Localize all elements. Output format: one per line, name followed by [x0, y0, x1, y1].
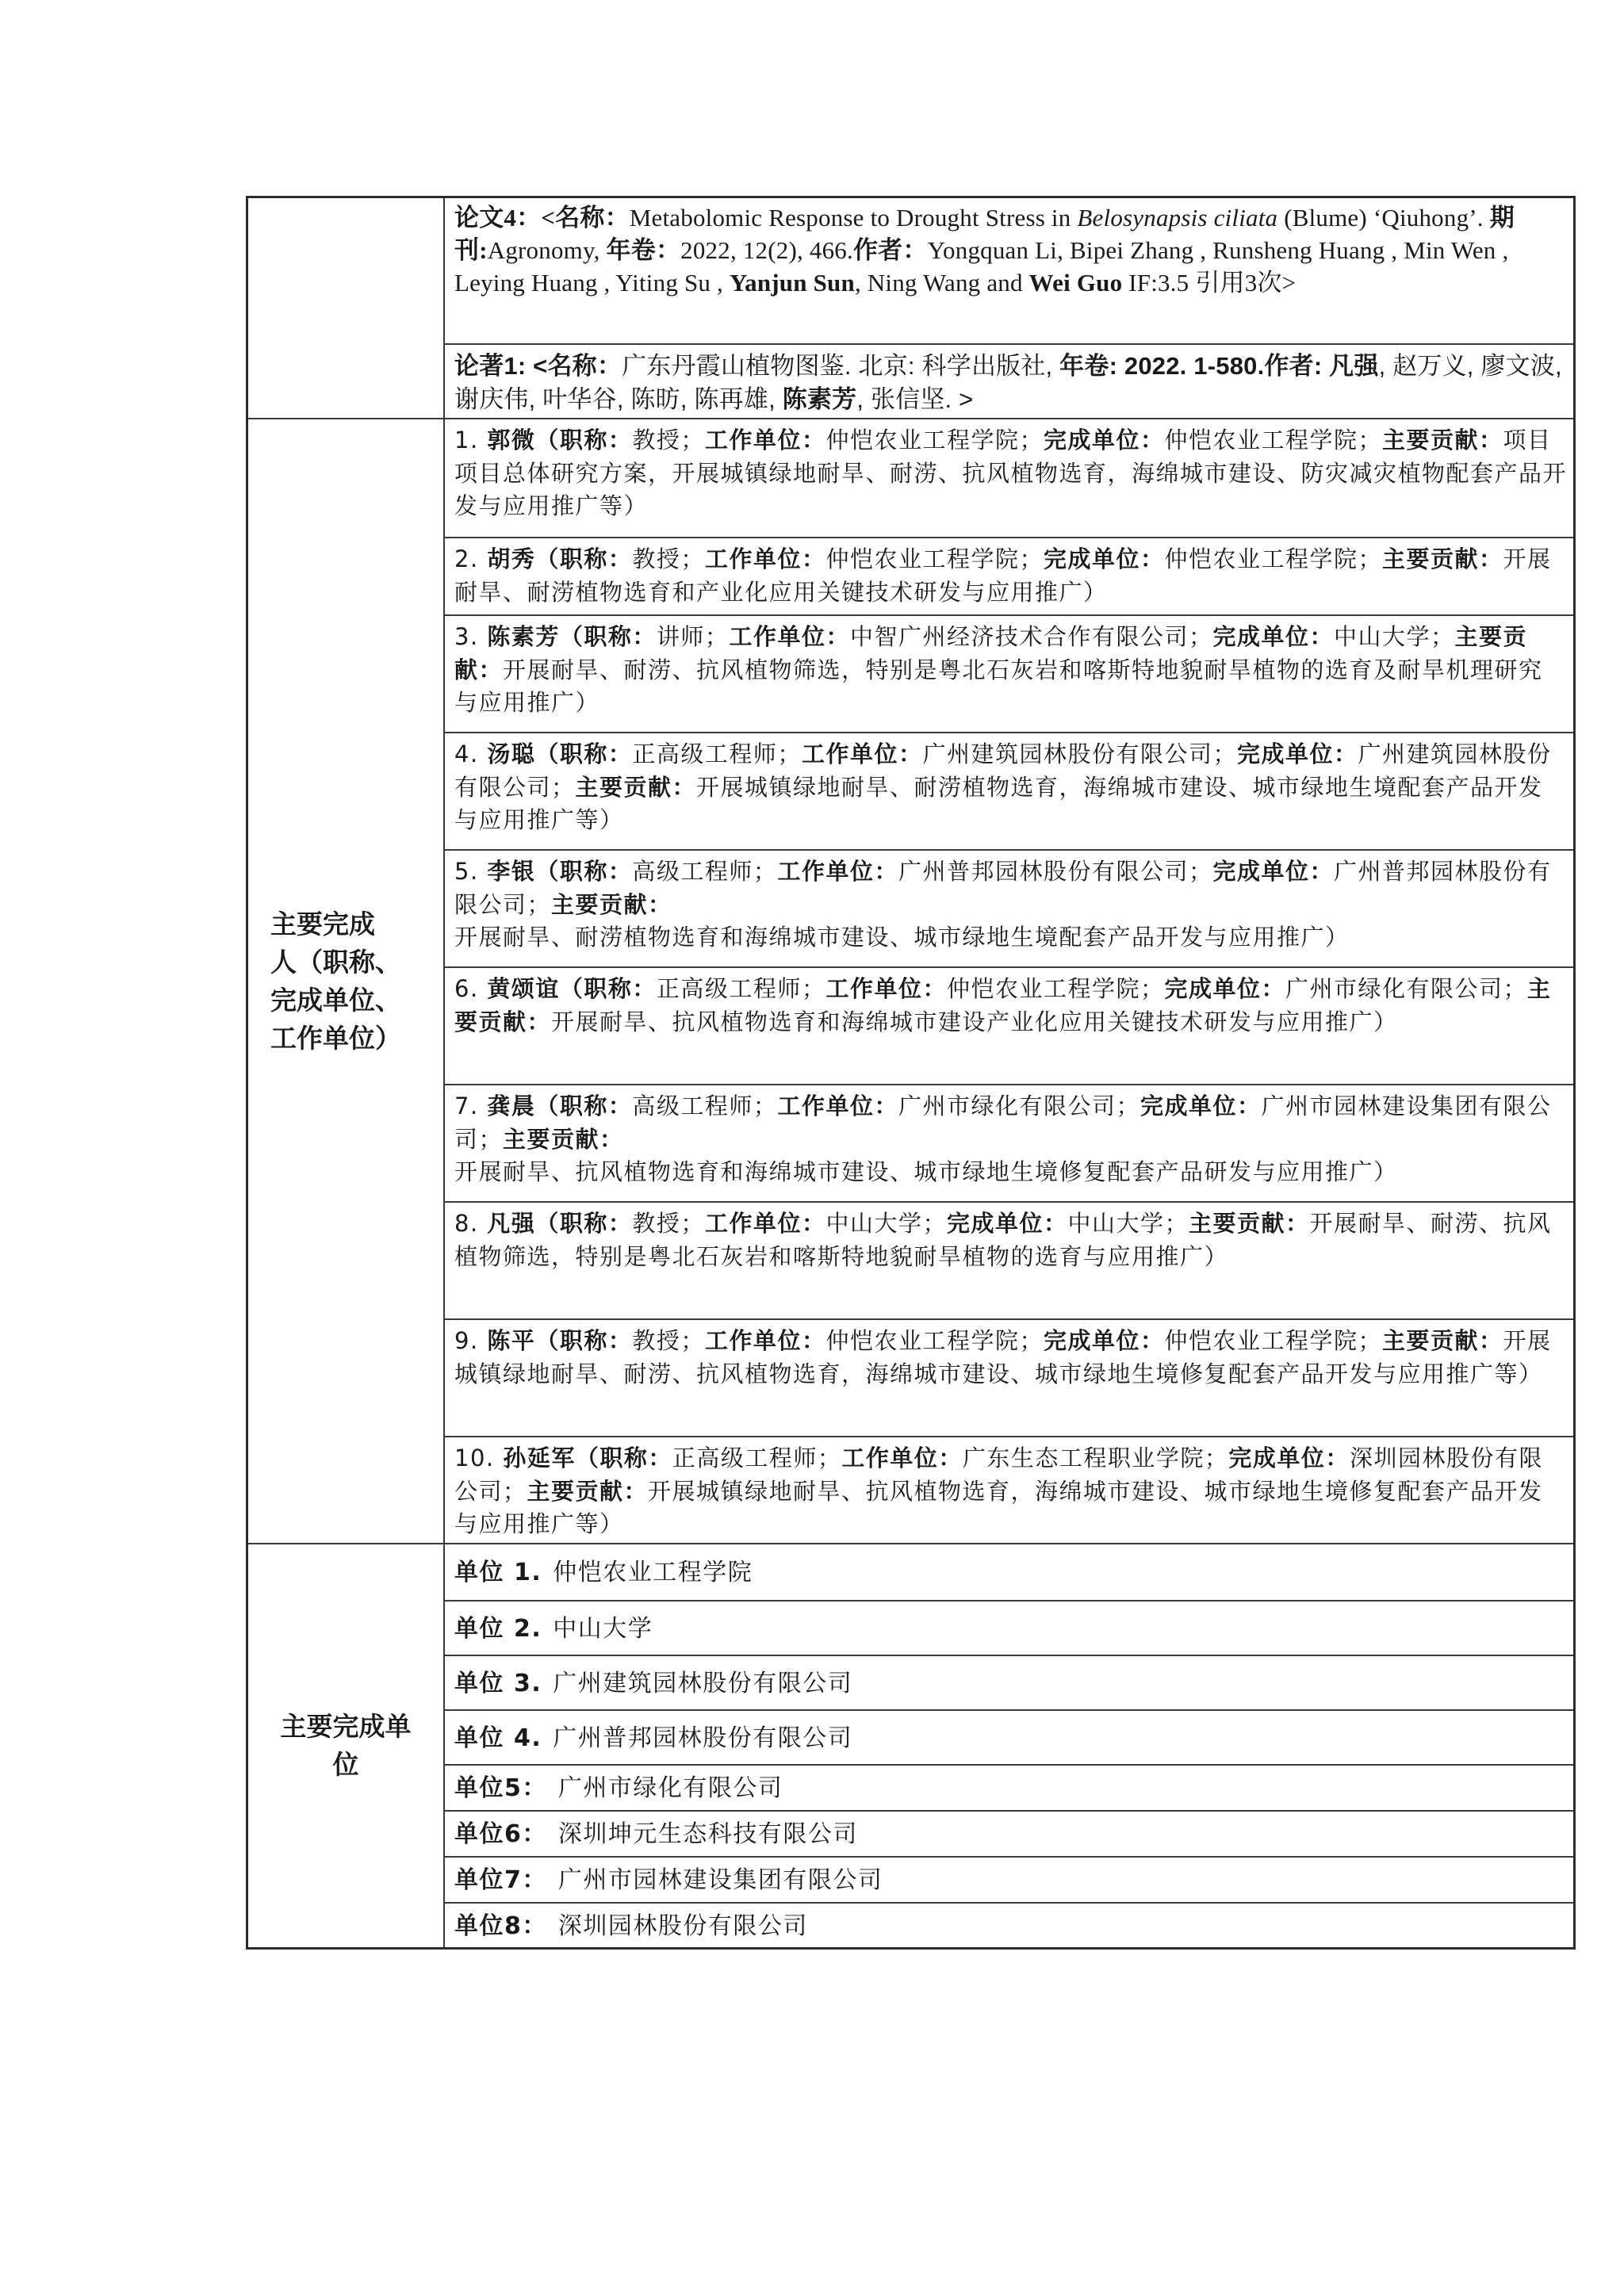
- person-name: 龚晨: [487, 1093, 535, 1119]
- field-label-title: （职称：: [535, 545, 632, 572]
- person-title: 教授；: [632, 545, 705, 572]
- field-label-work-unit: 工作单位：: [841, 1445, 963, 1471]
- person-completion-unit: 仲恺农业工程学院；: [1164, 545, 1382, 572]
- field-label-completion-unit: 完成单位：: [1044, 427, 1165, 453]
- field-label-title: （职称：: [560, 975, 657, 1002]
- person-title: 讲师；: [657, 623, 730, 650]
- person-number: 8.: [454, 1210, 487, 1237]
- person-contribution: 开展耐旱、抗风植物选育和海绵城市建设、城市绿地生境修复配套产品研发与应用推广）: [454, 1158, 1398, 1185]
- person-name: 汤聪: [487, 740, 535, 767]
- monograph-1-entry: 论著1: <名称：广东丹霞山植物图鉴. 北京: 科学出版社, 年卷: 2022.…: [445, 343, 1573, 418]
- highlighted-author: Wei Guo: [1029, 269, 1123, 297]
- persons-section-label: 主要完成 人（职称、 完成单位、 工作单位）: [248, 419, 445, 1543]
- authors-label: 作者:: [1264, 352, 1329, 380]
- person-number: 3.: [454, 623, 487, 650]
- person-number: 6.: [454, 975, 487, 1002]
- person-completion-unit: 仲恺农业工程学院；: [1164, 1327, 1382, 1354]
- person-row: 8. 凡强（职称：教授；工作单位：中山大学；完成单位：中山大学；主要贡献：开展耐…: [445, 1201, 1573, 1318]
- persons-section: 主要完成 人（职称、 完成单位、 工作单位） 1. 郭微（职称：教授；工作单位：…: [248, 418, 1573, 1543]
- publications-label-cell: [248, 198, 445, 418]
- person-number: 4.: [454, 740, 487, 767]
- paper-label: 论文4：<名称：: [454, 204, 630, 232]
- person-completion-unit: 中山大学；: [1067, 1210, 1189, 1237]
- field-label-contribution: 主要贡献：: [503, 1126, 624, 1153]
- unit-name: 广州普邦园林股份有限公司: [553, 1722, 852, 1755]
- person-name: 郭微: [487, 427, 535, 453]
- person-name: 胡秀: [487, 545, 535, 572]
- unit-name: 深圳坤元生态科技有限公司: [558, 1818, 858, 1851]
- field-label-contribution: 主要贡献：: [576, 774, 697, 801]
- monograph-title: 广东丹霞山植物图鉴. 北京: 科学出版社,: [622, 352, 1059, 380]
- label-line: 位: [270, 1746, 421, 1784]
- person-completion-unit: 中山大学；: [1334, 623, 1455, 650]
- field-label-work-unit: 工作单位：: [705, 1327, 826, 1354]
- year-label: 年卷：: [607, 236, 681, 264]
- field-label-work-unit: 工作单位：: [802, 740, 923, 767]
- person-title: 正高级工程师；: [657, 975, 826, 1002]
- field-label-contribution: 主要贡献：: [1382, 1327, 1503, 1354]
- field-label-title: （职称：: [535, 740, 632, 767]
- paper-cultivar: (Blume) ‘Qiuhong’.: [1277, 204, 1489, 232]
- highlighted-author: 凡强: [1329, 352, 1378, 380]
- field-label-title: （职称：: [535, 1093, 632, 1119]
- field-label-completion-unit: 完成单位：: [1228, 1445, 1350, 1471]
- unit-label: 单位 1.: [454, 1556, 542, 1590]
- highlighted-author: Yanjun Sun: [730, 269, 855, 297]
- label-line: 主要完成单: [270, 1708, 421, 1746]
- person-work-unit: 仲恺农业工程学院；: [947, 975, 1165, 1002]
- field-label-work-unit: 工作单位：: [777, 858, 898, 885]
- person-number: 5.: [454, 858, 487, 885]
- unit-row: 单位6：深圳坤元生态科技有限公司: [445, 1810, 1573, 1856]
- person-number: 2.: [454, 545, 487, 572]
- year-volume: 2022. 1-580.: [1124, 352, 1265, 380]
- unit-name: 广州市绿化有限公司: [558, 1772, 783, 1805]
- unit-name: 中山大学: [553, 1613, 653, 1646]
- person-name: 黄颂谊: [487, 975, 560, 1002]
- units-section: 主要完成单 位 单位 1.仲恺农业工程学院单位 2.中山大学单位 3.广州建筑园…: [248, 1543, 1573, 1947]
- field-label-completion-unit: 完成单位：: [1044, 545, 1165, 572]
- field-label-title: （职称：: [535, 427, 632, 453]
- unit-label: 单位5：: [454, 1772, 547, 1805]
- field-label-title: （职称：: [535, 1327, 632, 1354]
- person-work-unit: 中智广州经济技术合作有限公司；: [850, 623, 1213, 650]
- unit-row: 单位8：深圳园林股份有限公司: [445, 1902, 1573, 1947]
- person-title: 高级工程师；: [632, 1093, 777, 1119]
- person-work-unit: 中山大学；: [825, 1210, 947, 1237]
- person-contribution: 开展耐旱、耐涝植物选育和海绵城市建设、城市绿地生境配套产品开发与应用推广）: [454, 924, 1350, 951]
- person-number: 1.: [454, 427, 487, 453]
- field-label-contribution: 主要贡献：: [1189, 1210, 1310, 1237]
- person-name: 李银: [487, 858, 535, 885]
- field-label-completion-unit: 完成单位：: [1237, 740, 1358, 767]
- authors-label: 作者：: [853, 236, 928, 264]
- unit-name: 深圳园林股份有限公司: [558, 1910, 808, 1943]
- person-row: 9. 陈平（职称：教授；工作单位：仲恺农业工程学院；完成单位：仲恺农业工程学院；…: [445, 1318, 1573, 1436]
- person-name: 陈平: [487, 1327, 535, 1354]
- unit-name: 广州市园林建设集团有限公司: [558, 1864, 883, 1897]
- field-label-completion-unit: 完成单位：: [1212, 858, 1334, 885]
- person-row: 5. 李银（职称：高级工程师；工作单位：广州普邦园林股份有限公司；完成单位：广州…: [445, 849, 1573, 966]
- person-name: 凡强: [487, 1210, 535, 1237]
- person-title: 教授；: [632, 1210, 705, 1237]
- label-line: 工作单位）: [270, 1020, 421, 1058]
- unit-row: 单位 3.广州建筑园林股份有限公司: [445, 1655, 1573, 1709]
- unit-row: 单位7：广州市园林建设集团有限公司: [445, 1856, 1573, 1902]
- person-row: 2. 胡秀（职称：教授；工作单位：仲恺农业工程学院；完成单位：仲恺农业工程学院；…: [445, 537, 1573, 614]
- field-label-contribution: 主要贡献：: [551, 891, 672, 918]
- person-row: 4. 汤聪（职称：正高级工程师；工作单位：广州建筑园林股份有限公司；完成单位：广…: [445, 732, 1573, 849]
- unit-name: 仲恺农业工程学院: [553, 1556, 753, 1590]
- field-label-title: （职称：: [535, 1210, 632, 1237]
- field-label-contribution: 主要贡献：: [1382, 545, 1503, 572]
- field-label-contribution: 主要贡献：: [527, 1478, 649, 1505]
- person-title: 正高级工程师；: [632, 740, 802, 767]
- person-number: 7.: [454, 1093, 487, 1119]
- unit-label: 单位7：: [454, 1864, 547, 1897]
- person-name: 孙延军: [503, 1445, 576, 1471]
- person-contribution: 开展耐旱、抗风植物选育和海绵城市建设产业化应用关键技术研发与应用推广）: [551, 1008, 1398, 1035]
- person-work-unit: 广州市绿化有限公司；: [898, 1093, 1140, 1119]
- label-line: 完成单位、: [270, 982, 421, 1020]
- person-row: 7. 龚晨（职称：高级工程师；工作单位：广州市绿化有限公司；完成单位：广州市园林…: [445, 1084, 1573, 1201]
- label-line: 人（职称、: [270, 943, 421, 982]
- authors-list: , 张信坚. >: [856, 385, 973, 413]
- highlighted-author: 陈素芳: [783, 385, 857, 413]
- person-completion-unit: 广州市绿化有限公司；: [1285, 975, 1527, 1002]
- field-label-title: （职称：: [576, 1445, 672, 1471]
- field-label-completion-unit: 完成单位：: [1212, 623, 1334, 650]
- person-row: 6. 黄颂谊（职称：正高级工程师；工作单位：仲恺农业工程学院；完成单位：广州市绿…: [445, 966, 1573, 1084]
- field-label-work-unit: 工作单位：: [705, 545, 826, 572]
- year-label: 年卷:: [1059, 352, 1124, 380]
- person-work-unit: 广州建筑园林股份有限公司；: [922, 740, 1237, 767]
- unit-name: 广州建筑园林股份有限公司: [553, 1667, 852, 1701]
- field-label-work-unit: 工作单位：: [825, 975, 947, 1002]
- field-label-title: （职称：: [560, 623, 657, 650]
- unit-row: 单位 4.广州普邦园林股份有限公司: [445, 1709, 1573, 1764]
- authors-list: , Ning Wang and: [855, 269, 1029, 297]
- unit-row: 单位 1.仲恺农业工程学院: [445, 1544, 1573, 1600]
- person-work-unit: 仲恺农业工程学院；: [825, 427, 1044, 453]
- person-title: 正高级工程师；: [672, 1445, 842, 1471]
- unit-label: 单位 2.: [454, 1613, 542, 1646]
- impact-citations: IF:3.5 引用3次>: [1122, 269, 1296, 297]
- field-label-work-unit: 工作单位：: [705, 427, 826, 453]
- award-table: 论文4：<名称：Metabolomic Response to Drought …: [246, 196, 1576, 1950]
- field-label-completion-unit: 完成单位：: [1164, 975, 1285, 1002]
- person-work-unit: 广州普邦园林股份有限公司；: [898, 858, 1213, 885]
- person-title: 教授；: [632, 427, 705, 453]
- person-title: 高级工程师；: [632, 858, 777, 885]
- unit-label: 单位8：: [454, 1910, 547, 1943]
- person-row: 1. 郭微（职称：教授；工作单位：仲恺农业工程学院；完成单位：仲恺农业工程学院；…: [445, 419, 1573, 537]
- unit-row: 单位5：广州市绿化有限公司: [445, 1764, 1573, 1810]
- field-label-work-unit: 工作单位：: [705, 1210, 826, 1237]
- unit-label: 单位 3.: [454, 1667, 542, 1701]
- field-label-completion-unit: 完成单位：: [1044, 1327, 1165, 1354]
- monograph-label: 论著1: <名称：: [454, 352, 622, 380]
- journal-name: Agronomy,: [488, 236, 607, 264]
- unit-label: 单位 4.: [454, 1722, 542, 1755]
- person-number: 9.: [454, 1327, 487, 1354]
- unit-label: 单位6：: [454, 1818, 547, 1851]
- paper-title: Metabolomic Response to Drought Stress i…: [630, 204, 1078, 232]
- label-line: 主要完成: [270, 905, 421, 943]
- person-title: 教授；: [632, 1327, 705, 1354]
- publications-section: 论文4：<名称：Metabolomic Response to Drought …: [248, 198, 1573, 418]
- person-row: 10. 孙延军（职称：正高级工程师；工作单位：广东生态工程职业学院；完成单位：深…: [445, 1436, 1573, 1543]
- year-volume: 2022, 12(2), 466.: [680, 236, 853, 264]
- field-label-contribution: 主要贡献：: [1382, 427, 1503, 453]
- person-work-unit: 广东生态工程职业学院；: [963, 1445, 1229, 1471]
- paper-4-entry: 论文4：<名称：Metabolomic Response to Drought …: [445, 198, 1573, 343]
- unit-row: 单位 2.中山大学: [445, 1600, 1573, 1655]
- field-label-title: （职称：: [535, 858, 632, 885]
- field-label-completion-unit: 完成单位：: [947, 1210, 1068, 1237]
- person-work-unit: 仲恺农业工程学院；: [825, 545, 1044, 572]
- units-section-label: 主要完成单 位: [248, 1544, 445, 1947]
- paper-species: Belosynapsis ciliata: [1077, 204, 1277, 232]
- field-label-work-unit: 工作单位：: [777, 1093, 898, 1119]
- person-completion-unit: 仲恺农业工程学院；: [1164, 427, 1382, 453]
- person-name: 陈素芳: [487, 623, 560, 650]
- person-work-unit: 仲恺农业工程学院；: [825, 1327, 1044, 1354]
- field-label-work-unit: 工作单位：: [729, 623, 850, 650]
- person-number: 10.: [454, 1445, 503, 1471]
- field-label-completion-unit: 完成单位：: [1140, 1093, 1262, 1119]
- person-row: 3. 陈素芳（职称：讲师；工作单位：中智广州经济技术合作有限公司；完成单位：中山…: [445, 614, 1573, 732]
- person-contribution: 开展耐旱、耐涝、抗风植物筛选，特别是粤北石灰岩和喀斯特地貌耐旱植物的选育及耐旱机…: [454, 656, 1543, 717]
